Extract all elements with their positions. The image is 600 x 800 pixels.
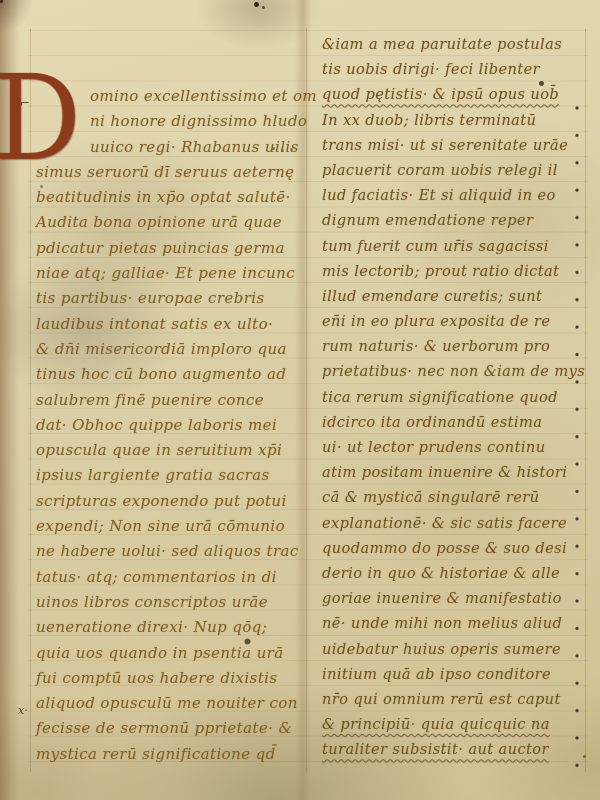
text-line: omino excellentissimo et om: [36, 84, 304, 109]
text-line: & dn̄i misericordiā imploro qua: [36, 337, 304, 362]
text-line: salubrem finē puenire conce: [36, 388, 304, 413]
text-line: rum naturis· & uerborum pro: [322, 334, 584, 359]
text-line: nr̄o qui omnium rerū est caput: [322, 687, 584, 712]
text-line: beatitudinis in xp̄o optat salutē·: [36, 185, 304, 210]
text-line: en̄i in eo plura exposita de re: [322, 309, 584, 334]
ink-specks: [0, 0, 3, 3]
text-line: prietatibus· nec non &iam de mys: [322, 359, 584, 384]
text-line: In xx duob; libris terminatū: [322, 108, 584, 133]
text-line: tum fuerit cum ur̄is sagacissi: [322, 234, 584, 259]
text-line: turaliter subsistit· aut auctor: [322, 737, 584, 762]
text-line: explanationē· & sic satis facere: [322, 511, 584, 536]
text-line: scripturas exponendo put potui: [36, 489, 304, 514]
right-text-column: &iam a mea paruitate postulastis uobis d…: [322, 32, 584, 762]
marginal-x-mark: x·: [18, 704, 28, 717]
text-line: trans misi· ut si serenitate urāe: [322, 133, 584, 158]
text-line: placuerit coram uobis relegi il: [322, 158, 584, 183]
text-line: ui· ut lector prudens continu: [322, 435, 584, 460]
text-line: fecisse de sermonū pprietate· &: [36, 716, 304, 741]
pen-trial-mark: ⌐: [20, 96, 30, 110]
text-line: niae atq; galliae· Et pene incunc: [36, 261, 304, 286]
manuscript-page: D ⌐ x· omino excellentissimo et omni hon…: [0, 0, 600, 800]
text-line: ueneratione direxi· Nup qōq;: [36, 615, 304, 640]
text-line: ipsius largiente gratia sacras: [36, 463, 304, 488]
text-line: ne habere uolui· sed aliquos trac: [36, 539, 304, 564]
text-line: expendi; Non sine urā cōmunio: [36, 514, 304, 539]
text-line: laudibus intonat satis ex ulto·: [36, 312, 304, 337]
text-line: atim positam inuenire & histori: [322, 460, 584, 485]
text-line: dat· Obhoc quippe laboris mei: [36, 413, 304, 438]
text-line: Audita bona opinione urā quae: [36, 210, 304, 235]
text-line: cā & mysticā singularē rerū: [322, 485, 584, 510]
text-line: ni honore dignissimo hludo: [36, 109, 304, 134]
text-line: illud emendare curetis; sunt: [322, 284, 584, 309]
gutter-bounding-line: [306, 28, 307, 772]
text-line: quod pętistis· & ipsū opus uob̄: [322, 82, 584, 107]
text-line: uinos libros conscriptos urāe: [36, 590, 304, 615]
text-line: uuico regi· Rhabanus uilis: [36, 135, 304, 160]
text-line: simus seruorū dī seruus aeternę: [36, 160, 304, 185]
text-line: fui comptū uos habere dixistis: [36, 666, 304, 691]
right-bounding-line: [585, 28, 586, 772]
text-line: lud faciatis· Et si aliquid in eo: [322, 183, 584, 208]
text-line: & principiū· quia quicquic na: [322, 712, 584, 737]
text-line: dignum emendatione reper: [322, 208, 584, 233]
text-line: idcirco ita ordinandū estima: [322, 410, 584, 435]
text-line: uidebatur huius operis sumere: [322, 637, 584, 662]
text-line: aliquod opusculū me nouiter con: [36, 691, 304, 716]
text-line: tis partibus· europae crebris: [36, 286, 304, 311]
text-line: derio in quo & historiae & alle: [322, 561, 584, 586]
text-line: tis uobis dirigi· feci libenter: [322, 57, 584, 82]
text-line: goriae inuenire & manifestatio: [322, 586, 584, 611]
text-line: tica rerum significatione quod: [322, 385, 584, 410]
text-line: pdicatur pietas puincias germa: [36, 236, 304, 261]
text-line: initium quā ab ipso conditore: [322, 662, 584, 687]
text-line: mystica rerū significatione qd̄: [36, 742, 304, 767]
text-line: &iam a mea paruitate postulas: [322, 32, 584, 57]
text-line: nē· unde mihi non melius aliud: [322, 611, 584, 636]
text-line: quodammo do posse & suo desi: [322, 536, 584, 561]
text-line: quia uos quando in psentia urā: [36, 641, 304, 666]
text-line: opuscula quae in seruitium xp̄i: [36, 438, 304, 463]
text-line: tatus· atq; commentarios in di: [36, 565, 304, 590]
text-line: tinus hoc cū bono augmento ad: [36, 362, 304, 387]
left-text-column: omino excellentissimo et omni honore dig…: [36, 84, 304, 767]
text-line: mis lectorib; prout ratio dictat: [322, 259, 584, 284]
